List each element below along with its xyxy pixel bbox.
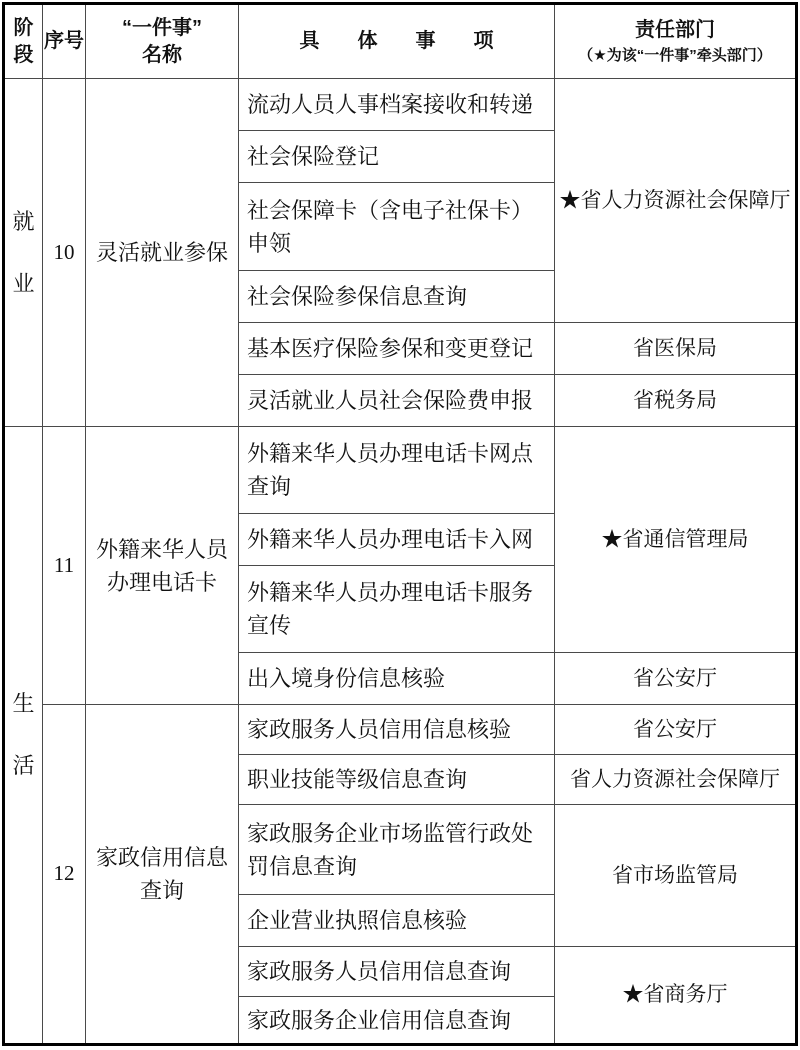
item-cell: 家政服务企业市场监管行政处罚信息查询 [239,805,555,895]
col-header-department: 责任部门 （★为该“一件事”牵头部门） [555,4,797,79]
department-cell: ★省商务厅 [555,947,797,1045]
col-header-department-title: 责任部门 [555,17,795,44]
department-cell: ★省人力资源社会保障厅 [555,79,797,323]
department-cell: 省医保局 [555,323,797,375]
name-cell: 家政信用信息查询 [86,705,239,1045]
table-row: 生活 11 外籍来华人员办理电话卡 外籍来华人员办理电话卡网点查询 ★省通信管理… [4,427,797,514]
one-thing-items-table: 阶段 序号 “一件事” 名称 具体事项 责任部门 （★为该“一件事”牵头部门） … [2,2,798,1046]
item-cell: 家政服务人员信用信息核验 [239,705,555,755]
item-cell: 流动人员人事档案接收和转递 [239,79,555,131]
col-header-number: 序号 [43,4,86,79]
number-cell: 10 [43,79,86,427]
item-cell: 出入境身份信息核验 [239,653,555,705]
department-cell: 省人力资源社会保障厅 [555,755,797,805]
department-cell: ★省通信管理局 [555,427,797,653]
item-cell: 基本医疗保险参保和变更登记 [239,323,555,375]
department-cell: 省税务局 [555,375,797,427]
table-row: 就业 10 灵活就业参保 流动人员人事档案接收和转递 ★省人力资源社会保障厅 [4,79,797,131]
item-cell: 家政服务人员信用信息查询 [239,947,555,997]
number-cell: 12 [43,705,86,1045]
header-row: 阶段 序号 “一件事” 名称 具体事项 责任部门 （★为该“一件事”牵头部门） [4,4,797,79]
item-cell: 社会保险登记 [239,131,555,183]
col-header-name-line1: “一件事” [86,15,238,42]
document-page: 阶段 序号 “一件事” 名称 具体事项 责任部门 （★为该“一件事”牵头部门） … [0,0,800,1050]
item-cell: 外籍来华人员办理电话卡服务宣传 [239,566,555,653]
item-cell: 外籍来华人员办理电话卡网点查询 [239,427,555,514]
department-cell: 省公安厅 [555,653,797,705]
department-cell: 省市场监管局 [555,805,797,947]
number-cell: 11 [43,427,86,705]
col-header-stage: 阶段 [4,4,43,79]
stage-cell-life: 生活 [4,427,43,1045]
item-cell: 外籍来华人员办理电话卡入网 [239,514,555,566]
col-header-name-line2: 名称 [86,42,238,69]
stage-cell-employment: 就业 [4,79,43,427]
item-cell: 社会保险参保信息查询 [239,271,555,323]
item-cell: 企业营业执照信息核验 [239,895,555,947]
col-header-name: “一件事” 名称 [86,4,239,79]
table-row: 12 家政信用信息查询 家政服务人员信用信息核验 省公安厅 [4,705,797,755]
col-header-items: 具体事项 [239,4,555,79]
item-cell: 灵活就业人员社会保险费申报 [239,375,555,427]
col-header-items-label: 具体事项 [239,28,554,55]
item-cell: 职业技能等级信息查询 [239,755,555,805]
department-cell: 省公安厅 [555,705,797,755]
name-cell: 外籍来华人员办理电话卡 [86,427,239,705]
item-cell: 家政服务企业信用信息查询 [239,997,555,1045]
name-cell: 灵活就业参保 [86,79,239,427]
item-cell: 社会保障卡（含电子社保卡）申领 [239,183,555,271]
col-header-department-note: （★为该“一件事”牵头部门） [555,46,795,66]
